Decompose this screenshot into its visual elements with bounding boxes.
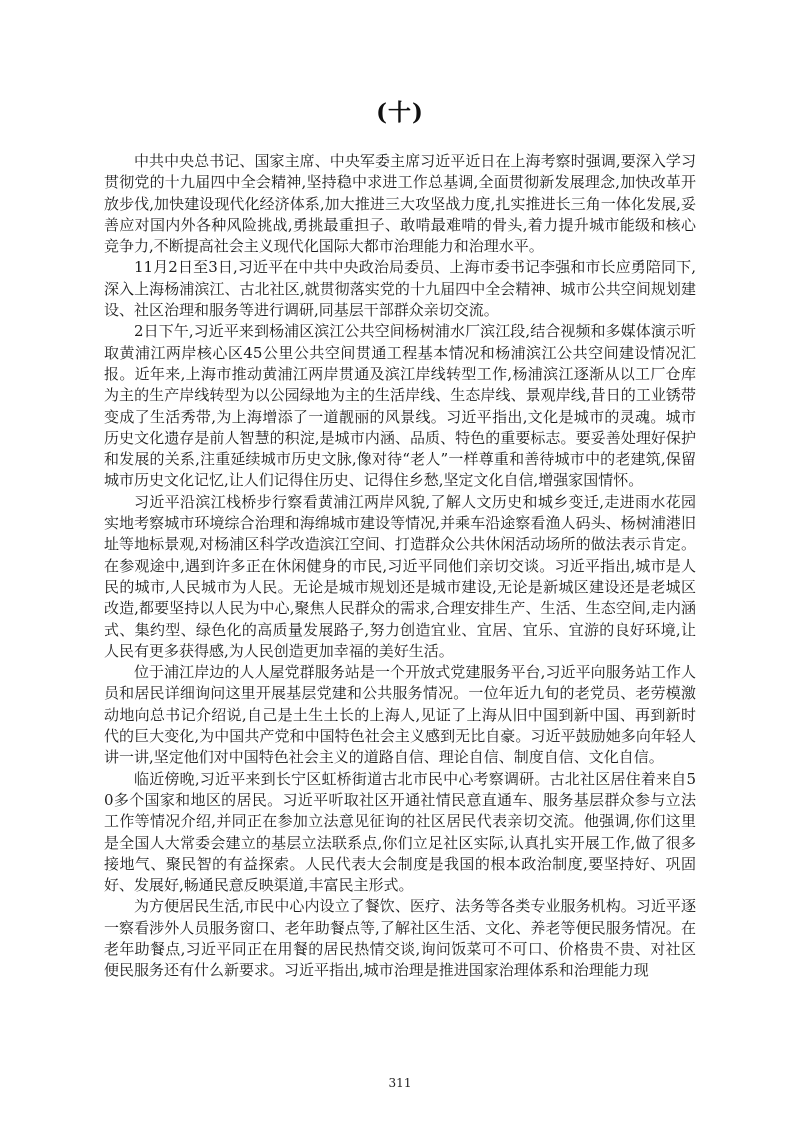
paragraph-6: 临近傍晚,习近平来到长宁区虹桥街道古北市民中心考察调研。古北社区居住着来自50多… — [104, 769, 696, 897]
paragraph-7: 为方便居民生活,市民中心内设立了餐饮、医疗、法务等各类专业服务机构。习近平逐一察… — [104, 896, 696, 981]
page-title: (十) — [0, 0, 800, 130]
document-body: 中共中央总书记、国家主席、中央军委主席习近平近日在上海考察时强调,要深入学习贯彻… — [104, 151, 696, 982]
paragraph-4: 习近平沿滨江栈桥步行察看黄浦江两岸风貌,了解人文历史和城乡变迁,走进雨水花园实地… — [104, 492, 696, 662]
page-number: 311 — [0, 1076, 800, 1090]
paragraph-1: 中共中央总书记、国家主席、中央军委主席习近平近日在上海考察时强调,要深入学习贯彻… — [104, 151, 696, 257]
paragraph-3: 2日下午,习近平来到杨浦区滨江公共空间杨树浦水厂滨江段,结合视频和多媒体演示听取… — [104, 321, 696, 491]
document-page: (十) 中共中央总书记、国家主席、中央军委主席习近平近日在上海考察时强调,要深入… — [0, 0, 800, 1133]
paragraph-2: 11月2日至3日,习近平在中共中央政治局委员、上海市委书记李强和市长应勇陪同下,… — [104, 257, 696, 321]
paragraph-5: 位于浦江岸边的人人屋党群服务站是一个开放式党建服务平台,习近平向服务站工作人员和… — [104, 662, 696, 768]
